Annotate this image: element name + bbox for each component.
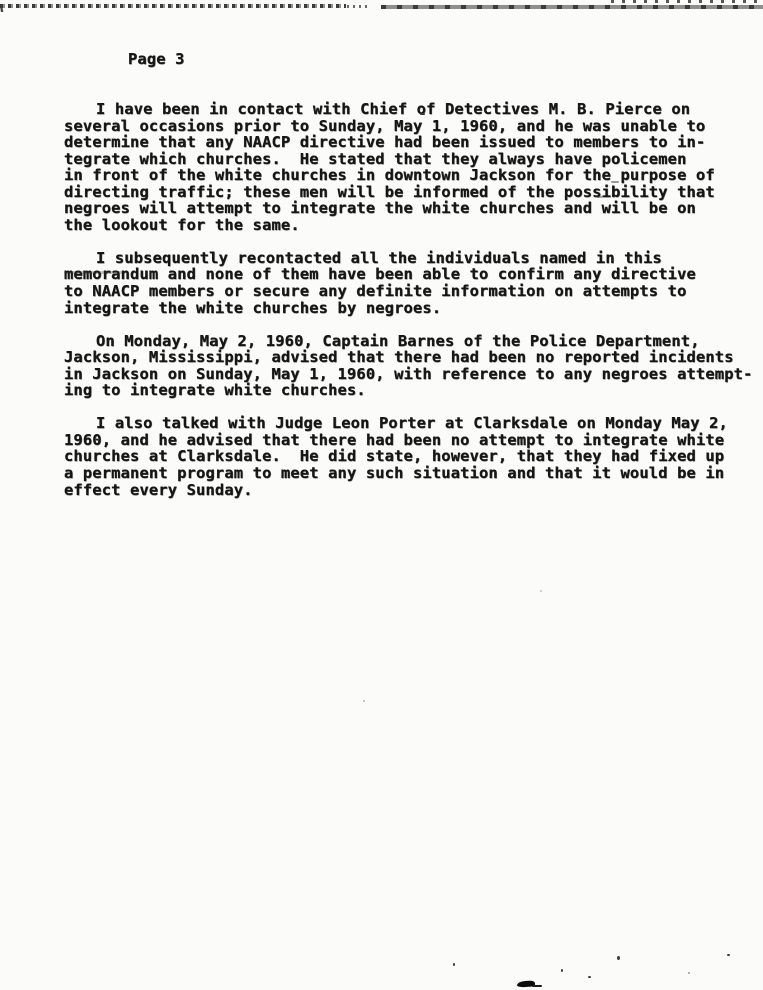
scan-perforation-ticks xyxy=(611,0,761,3)
scan-line-dots xyxy=(347,5,367,8)
ink-smudge xyxy=(64,271,122,274)
noise-speck xyxy=(453,963,455,966)
scan-line-left-segment xyxy=(0,4,346,8)
document-page: Page 3 I have been in contact with Chief… xyxy=(0,0,763,990)
memo-paragraph: I have been in contact with Chief of Det… xyxy=(64,101,763,233)
scan-line-right-segment xyxy=(381,5,763,9)
memo-paragraph: On Monday, May 2, 1960, Captain Barnes o… xyxy=(64,333,763,399)
memo-body: I have been in contact with Chief of Det… xyxy=(64,101,763,515)
noise-speck xyxy=(588,976,591,978)
memo-paragraph: I subsequently recontacted all the indiv… xyxy=(64,250,763,316)
noise-speck xyxy=(617,956,620,960)
noise-speck xyxy=(611,181,619,183)
noise-speck xyxy=(540,590,542,592)
noise-speck xyxy=(561,969,563,972)
bottom-ink-blob-tail xyxy=(532,985,542,987)
noise-speck xyxy=(420,113,425,115)
page-number-label: Page 3 xyxy=(128,51,185,68)
noise-speck xyxy=(727,954,730,956)
noise-speck xyxy=(363,700,365,702)
noise-speck xyxy=(597,196,603,198)
memo-paragraph: I also talked with Judge Leon Porter at … xyxy=(64,415,763,498)
noise-speck xyxy=(688,972,690,974)
